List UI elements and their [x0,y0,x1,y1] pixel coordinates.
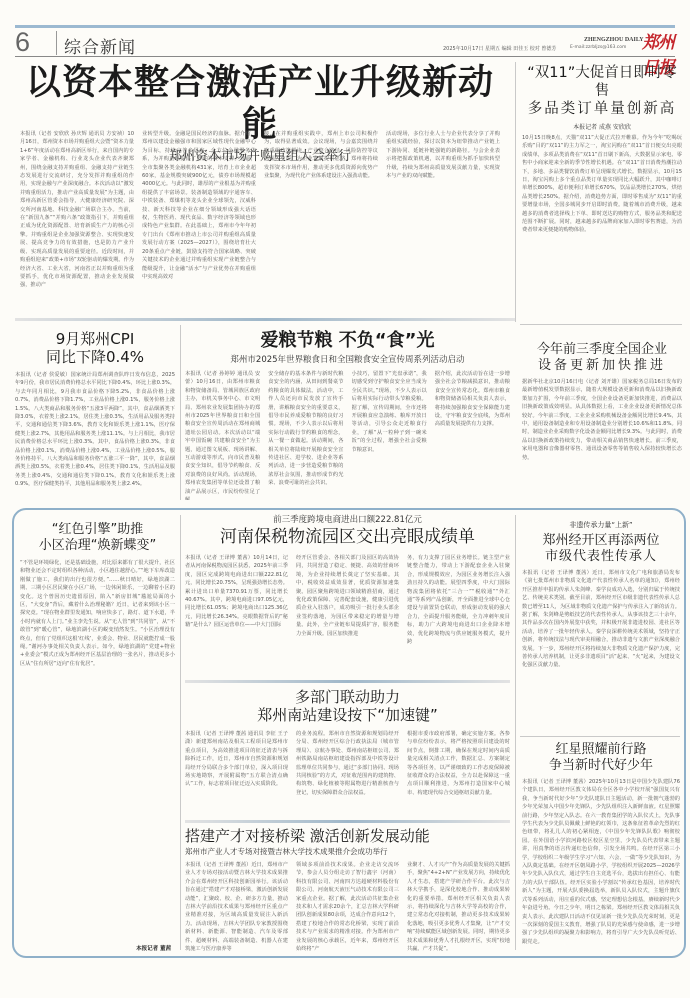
lead-column-2: 业转型升级。金融是国民经济的血脉。据介绍，郑州以建设金融强市和国家区域性现代金融… [142,130,256,306]
equipment-headline-1: 今年前三季度全国企业 [522,342,682,358]
lead-body: 本报讯（记者 安欣欣 孙庆辉 通讯员 方安祯）10月16日，郑州资本市场并购重组… [20,130,500,306]
grain-headline: 爱粮节粮 不负“食”光 [185,330,510,352]
heritage-headline-2: 市级代表性传承人 [522,549,680,565]
station-column-1: 本报讯（记者 王译博 董茜 通讯员 李征 王子潇）新建郑州南站及相关工程项目是郑… [185,730,288,816]
paper-english-name: ZHENGZHOU DAILY [584,37,644,43]
section-title: 综合新闻 [64,33,136,58]
cpi-article: 9月郑州CPI 同比下降0.4% 本报讯（记者 侯爱敏）国家统计局郑州调查队昨日… [15,330,175,505]
youth-headline-2: 争当新时代好少年 [522,758,680,774]
lead-article: 以资本整合激活产业升级新动能 郑州资本市场并购重组大会举行 本报讯（记者 安欣欣… [15,62,505,308]
bonded-kicker: 前三季度跨境电商进出口额222.81亿元 [185,514,510,526]
bonded-article: 前三季度跨境电商进出口额222.81亿元 河南保税物流园区交出亮眼成绩单 本报讯… [185,514,510,674]
heritage-body: 本报讯（记者 王译博 董茜）近日，郑州市文化广电和旅游局发布《第七批郑州市非物质… [522,569,680,727]
masthead-top-rule [15,25,675,28]
cpi-headline-2: 同比下降0.4% [15,348,175,366]
masthead-bottom-rule [15,56,675,57]
station-headline-1: 多部门联动助力 [185,688,510,706]
community-signoff: 本报记者 董茜 [136,944,171,952]
lead-column-3: 接。在并购重组实践中，郑州上市公司积极作为，取得显著成效。会议现场，与会嘉宾围绕… [264,130,378,306]
grain-column-3: 小技巧，留置下“光盘承诺”，我切感受到守护粮食安全应当成为全民共识。”现场，不少… [352,370,427,500]
community-headline-1: “红色引擎”助推 [20,522,175,538]
equipment-body: 据新华社北京10月16日电（记者 刘开雄）国家税务总局16日发布的最新增值税发票… [522,378,682,498]
double11-headline-1: “双11”大促首日即时零售 [522,64,682,100]
talent-body: 本报讯（记者 王译博 董茜）近日，郑州市产业人才专场对接活动暨吉林大学技术成果推… [185,861,510,952]
grain-column-1: 本报讯（记者 孙婷婷 通讯员 安蕾）10月16日，由郑州市粮食和物资储备局、管城… [185,370,260,500]
equipment-headline-2: 设备更新加快推进 [522,358,682,374]
cpi-headline-1: 9月郑州CPI [15,330,175,348]
community-headline-2: 小区治理“焕新蝶变” [20,538,175,554]
lead-column-4: 活动现场，多位行业人士与企业代表分享了并购重组实践经验，探讨以资本为纽带推动产业… [386,130,500,306]
page-separator [56,31,57,55]
heritage-headline-1: 郑州经开区再添两位 [522,533,680,549]
grain-column-2: 安全储存的基本条件与新时代粮食安全的内涵，从田间到餐桌节约粮食的具体做法。活动中… [268,370,343,500]
station-column-2: 的业务流程。郑州市自然资源和规划局经开分局、郑州经开区综合行政执法局（城市管理局… [296,730,399,816]
station-column-3: 根据市委市政府部署，确定实施方案。各参与单位纷纷表示，将严格按照项目建设的时间节… [407,730,510,816]
masthead: 6 综合新闻 2025年10月17日 星期五 编辑 田佳玉 校对 曾德芳 ZHE… [15,25,675,55]
double11-byline: 本报记者 成燕 安欣欣 [522,122,682,131]
youth-body: 本报讯（记者 王译博 董茜）2025年10月13日是中国少先队建队76个建队日，… [522,778,680,946]
section-divider [520,324,682,325]
talent-column-2: 领域多项前沿技术成果。企业走访交流环节，参会人员分组走访了智行鑫宇（河南）科技有… [296,861,399,952]
issue-meta: 2025年10月17日 星期五 编辑 田佳玉 校对 曾德芳 [443,45,556,52]
column-divider [180,515,181,950]
grain-column-4: 据介绍，此次活动旨在进一步增强全社会节粮减损意识，推动粮食安全宣传常态化。郑州市… [435,370,510,500]
section-band [15,318,515,321]
station-headline-2: 郑州南站建设按下“加速键” [185,706,510,724]
bonded-headline: 河南保税物流园区交出亮眼成绩单 [185,526,510,548]
section-band [185,820,510,823]
column-divider [180,325,181,500]
double11-article: “双11”大促首日即时零售 多品类订单量创新高 本报记者 成燕 安欣欣 10月1… [522,64,682,314]
bonded-body: 本报讯（记者 王译博 董茜）10月14日，记者从河南保税物流园区获悉，2025年… [185,554,510,674]
bonded-column-1: 本报讯（记者 王译博 董茜）10月14日，记者从河南保税物流园区获悉，2025年… [185,554,288,674]
talent-subhead: 郑州市产业人才专场对接暨吉林大学技术成果推介会成功举行 [185,846,510,857]
grain-body: 本报讯（记者 孙婷婷 通讯员 安蕾）10月16日，由郑州市粮食和物资储备局、管城… [185,370,510,500]
grain-subhead: 郑州市2025年世界粮食日和全国粮食安全宣传周系列活动启动 [185,354,510,366]
community-body: “不管是环境绿化，还是基础设施，对比原来都有了很大提升，社区和物业还会不定时组织… [20,559,175,944]
bonded-column-3: 务，有力支撑了园区业务增长。链主型产业链整合能力，带动上下游配套企业入驻聚合，形… [407,554,510,674]
talent-headline: 搭建产才对接桥梁 激活创新发展动能 [185,826,510,846]
equipment-article: 今年前三季度全国企业 设备更新加快推进 据新华社北京10月16日电（记者 刘开雄… [522,342,682,502]
station-article: 多部门联动助力 郑州南站建设按下“加速键” 本报讯（记者 王译博 董茜 通讯员 … [185,688,510,816]
page-number: 6 [15,28,30,56]
talent-article: 搭建产才对接桥梁 激活创新发展动能 郑州市产业人才专场对接暨吉林大学技术成果推介… [185,826,510,952]
talent-column-3: 业聚才、人才兴产”作为高质量发展的关键抓手，聚焦“4+2+N”产业发展方向，持续… [407,861,510,952]
cpi-body: 本报讯（记者 侯爱敏）国家统计局郑州调查队昨日发布信息，2025年9月份，我市居… [15,371,175,501]
talent-column-1: 本报讯（记者 王译博 董茜）近日，郑州市产业人才专场对接活动暨吉林大学技术成果推… [185,861,288,952]
youth-headline-1: 红星照耀前行路 [522,742,680,758]
lead-column-1: 本报讯（记者 安欣欣 孙庆辉 通讯员 方安祯）10月16日，郑州资本市场并购重组… [20,130,134,306]
column-divider [515,515,516,950]
community-article: “红色引擎”助推 小区治理“焕新蝶变” “不管是环境绿化，还是基础设施，对比原来… [20,522,175,952]
double11-headline-2: 多品类订单量创新高 [522,100,682,118]
heritage-kicker: 非遗传承力量“上新” [522,520,680,530]
section-band [185,680,510,683]
grain-article: 爱粮节粮 不负“食”光 郑州市2025年世界粮食日和全国粮食安全宣传周系列活动启… [185,330,510,500]
youth-article: 红星照耀前行路 争当新时代好少年 本报讯（记者 王译博 董茜）2025年10月1… [522,742,680,952]
heritage-article: 非遗传承力量“上新” 郑州经开区再添两位 市级代表性传承人 本报讯（记者 王译博… [522,520,680,730]
station-body: 本报讯（记者 王译博 董茜 通讯员 李征 王子潇）新建郑州南站及相关工程项目是郑… [185,730,510,816]
bonded-column-2: 经开区管委会、各相关部门及园区的高效协同，共同营造了稳定、便捷、高效的营商环境，… [296,554,399,674]
section-divider [520,736,680,737]
column-divider [515,62,516,322]
double11-body: 10月15日晚8点，天猫“双11”大促正式拉开帷幕。作为今年“吃喝玩乐购”目的“… [522,134,682,334]
contact-email: E-mail:zzrbljzs@163.com [570,45,626,50]
